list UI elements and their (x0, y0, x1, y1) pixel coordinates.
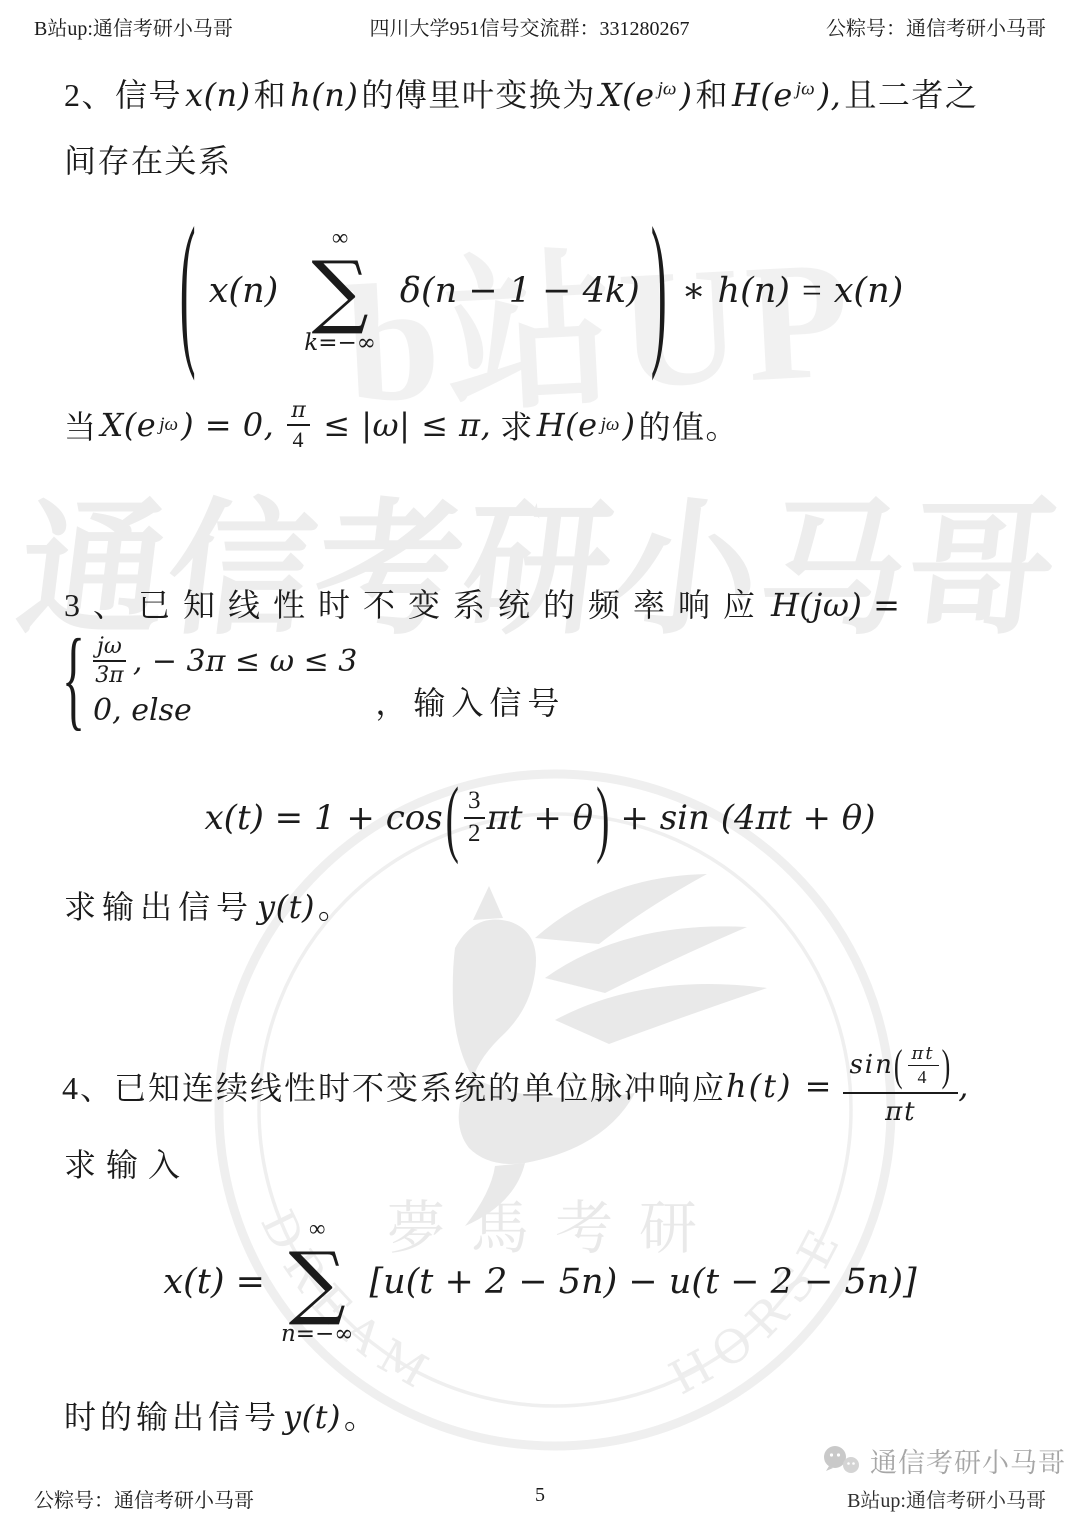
big-left-paren: ( (443, 775, 462, 861)
problem2-text: 2、信号 (64, 77, 182, 113)
math-sin-term: + sin (4πt + θ) (620, 798, 875, 838)
problem3-line1: 3、已知线性时不变系统的频率响应H(jω) = (64, 580, 1044, 626)
problem2-text: 和 (695, 77, 729, 113)
header-left-text: B站up:通信考研小马哥 (34, 12, 233, 41)
comma: , (958, 1067, 970, 1105)
problem4-text: 4、已知连续线性时不变系统的单位脉冲响应 (62, 1063, 726, 1109)
math-paren: ), (818, 76, 842, 114)
watermark-brand-banner: 通信考研小马哥 (0, 452, 1080, 662)
big-right-paren: ) (648, 206, 670, 376)
header-right-text: 公粽号：通信考研小马哥 (826, 12, 1046, 41)
pi-over-4-fraction: π 4 (284, 398, 313, 453)
header-center-text: 四川大学951信号交流群：331280267 (369, 12, 689, 41)
ask-input-text: 求输入 (64, 1147, 190, 1183)
math-exponent: jω (601, 414, 620, 436)
piecewise-brace: { (62, 624, 85, 737)
small-right-paren: ) (942, 1039, 953, 1092)
problem2-condition: 当X(ejω) = 0, π 4 ≤ |ω| ≤ π, 求H(ejω)的值。 (64, 398, 1044, 453)
pi-t-over-4-fraction: πt 4 (908, 1044, 939, 1088)
sinc-fraction: sin ( πt 4 ) πt (843, 1044, 958, 1129)
math-h-t-eq: h(t) = (726, 1067, 833, 1105)
big-right-paren: ) (593, 775, 612, 861)
problem3-piecewise: { jω 3π , − 3π ≤ ω ≤ 3 0, else ，输入信号 (62, 634, 565, 728)
condition-text: 当 (64, 402, 98, 448)
input-signal-label: ，输入信号 (375, 678, 565, 728)
document-page: b站UP 通信考研小马哥 夢馬考研 DREAM HORSE B站up:通信考研小… (0, 0, 1080, 1528)
piecewise-condition1: , − 3π ≤ ω ≤ 3 (133, 644, 358, 679)
period: 。 (318, 889, 352, 925)
fraction-numerator: π (287, 398, 310, 426)
problem4-line1: 4、已知连续线性时不变系统的单位脉冲响应 h(t) = sin ( πt 4 )… (62, 1026, 1054, 1146)
problem4-formula: x(t) = ∞ ∑ n=−∞ [u(t + 2 − 5n) − u(t − 2… (0, 1200, 1080, 1364)
fraction-denominator: 2 (468, 819, 481, 849)
problem2-text: 间存在关系 (64, 143, 232, 179)
math-step-terms: [u(t + 2 − 5n) − u(t − 2 − 5n)] (369, 1262, 916, 1302)
sum-lower-limit: k=−∞ (304, 329, 376, 359)
summation-n: ∞ ∑ n=−∞ (281, 1214, 354, 1350)
math-xt-cos: x(t) = 1 + cos (205, 798, 443, 838)
math-y-t: y(t) (283, 1398, 341, 1436)
fraction-numerator: sin ( πt 4 ) (843, 1044, 958, 1094)
piecewise-row2: 0, else (93, 693, 357, 728)
ask-text: 时的输出信号 (64, 1399, 280, 1435)
math-X-e: X(e (101, 406, 157, 444)
equals-sign: = (802, 271, 822, 311)
brand-watermark: 通信考研小马哥 (821, 1441, 1066, 1480)
page-header: B站up:通信考研小马哥 四川大学951信号交流群：331280267 公粽号：… (34, 12, 1046, 41)
sin-function: sin (849, 1050, 893, 1081)
math-delta-term: δ(n − 1 − 4k) (400, 271, 640, 311)
math-x-t-eq: x(t) = (163, 1262, 265, 1302)
condition-text: 的值。 (638, 402, 739, 448)
problem3-text: 3、已知线性时不变系统的频率响应 (64, 587, 768, 623)
math-X-e: X(e (599, 76, 655, 114)
problem4-line2: 求输入 (64, 1140, 1044, 1186)
fraction-denominator: 4 (918, 1066, 929, 1088)
problem3-ask: 求输出信号y(t)。 (64, 882, 1044, 928)
problem4-ask: 时的输出信号y(t)。 (64, 1392, 1044, 1438)
math-exponent: jω (796, 78, 815, 99)
math-H-e: H(e (732, 76, 793, 114)
math-x-n: x(n) (834, 271, 904, 311)
problem3-formula: x(t) = 1 + cos ( 3 2 πt + θ ) + sin (4πt… (0, 766, 1080, 870)
problem2-text: 的傅里叶变换为 (361, 77, 596, 113)
fraction-numerator: 3 (464, 787, 485, 819)
problem2-line2: 间存在关系 (64, 136, 1044, 182)
fraction-denominator: πt (885, 1094, 917, 1128)
math-H-e: H(e (537, 406, 598, 444)
math-h-n: h(n) (718, 271, 790, 311)
math-exponent: jω (159, 414, 178, 436)
math-pi-t-theta: πt + θ (487, 798, 594, 838)
piecewise-rows: jω 3π , − 3π ≤ ω ≤ 3 0, else (93, 634, 357, 728)
piecewise-row1: jω 3π , − 3π ≤ ω ≤ 3 (93, 634, 357, 689)
ask-text: 求输出信号 (64, 889, 254, 925)
math-paren: ) (622, 406, 635, 444)
math-inequality: ≤ |ω| ≤ π, (323, 406, 491, 444)
problem2-line1: 2、信号x(n)和h(n)的傅里叶变换为X(ejω)和H(ejω),且二者之 (64, 70, 1044, 116)
problem2-text: 且二者之 (844, 77, 978, 113)
fraction-denominator: 4 (293, 426, 306, 452)
small-left-paren: ( (894, 1039, 905, 1092)
sigma-symbol: ∑ (312, 253, 369, 329)
sum-lower-limit: n=−∞ (281, 1320, 354, 1350)
jw-over-3pi-fraction: jω 3π (93, 634, 126, 689)
footer-right-text: B站up:通信考研小马哥 (847, 1484, 1046, 1513)
brand-name-text: 通信考研小马哥 (870, 1441, 1066, 1480)
condition-text: 求 (500, 402, 534, 448)
problem2-text: 和 (254, 77, 288, 113)
fraction-numerator: πt (908, 1044, 939, 1067)
summation-k: ∞ ∑ k=−∞ (304, 223, 376, 359)
three-halves-fraction: 3 2 (464, 787, 485, 849)
math-H-jw: H(jω) = (771, 586, 900, 624)
period: 。 (344, 1399, 378, 1435)
math-paren: ) (679, 76, 692, 114)
brand-bubbles-icon (821, 1444, 863, 1478)
math-y-t: y(t) (257, 888, 315, 926)
convolution-operator: ∗ (682, 271, 706, 311)
fraction-numerator: jω (93, 634, 126, 662)
math-exponent: jω (658, 78, 677, 99)
problem2-formula: ( x(n) ∞ ∑ k=−∞ δ(n − 1 − 4k) ) ∗ h(n) =… (0, 196, 1080, 386)
math-eq-zero: ) = 0, (181, 406, 274, 444)
math-x-n: x(n) (209, 271, 279, 311)
sigma-symbol: ∑ (289, 1244, 346, 1320)
fraction-denominator: 3π (95, 662, 123, 688)
math-h-n: h(n) (290, 76, 358, 114)
big-left-paren: ( (177, 206, 199, 376)
math-x-n: x(n) (185, 76, 251, 114)
